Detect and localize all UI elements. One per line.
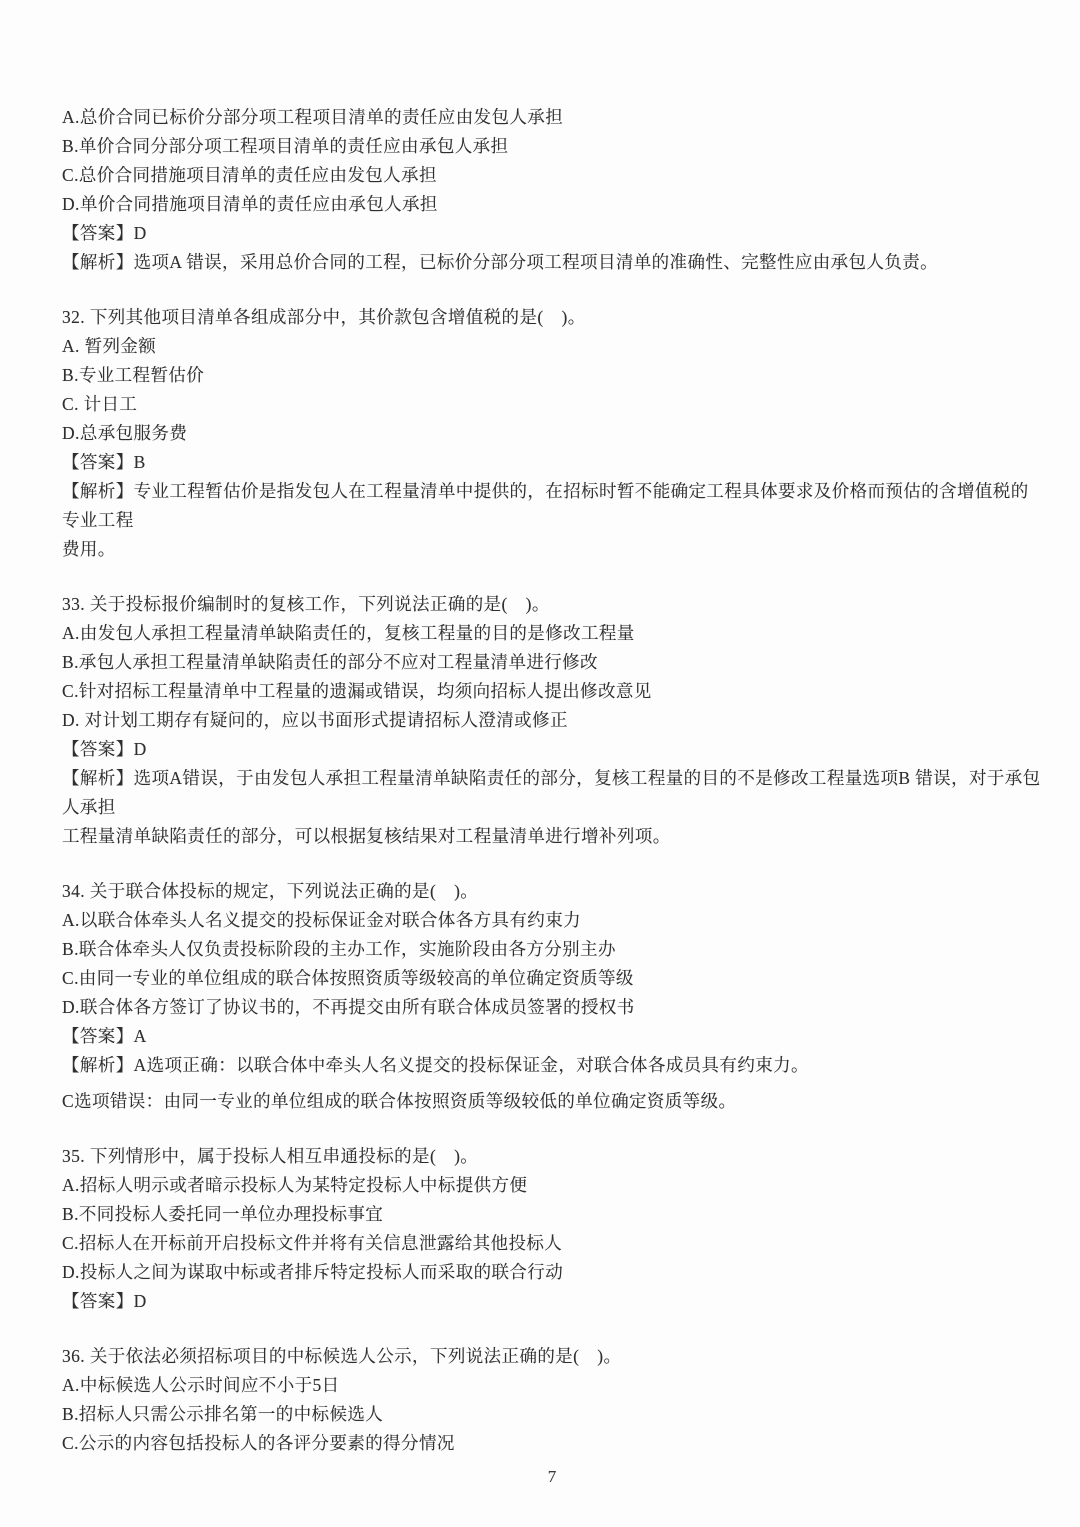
q35-option-b: B.不同投标人委托同一单位办理投标事宜 (62, 1200, 1042, 1229)
q33-option-c: C.针对招标工程量清单中工程量的遗漏或错误，均须向招标人提出修改意见 (62, 677, 1042, 706)
q36-stem: 36. 关于依法必须招标项目的中标候选人公示，下列说法正确的是( )。 (62, 1342, 1042, 1371)
q33-stem: 33. 关于投标报价编制时的复核工作，下列说法正确的是( )。 (62, 590, 1042, 619)
q32-stem: 32. 下列其他项目清单各组成部分中，其价款包含增值税的是( )。 (62, 303, 1042, 332)
page-number: 7 (548, 1466, 557, 1488)
q32-option-d: D.总承包服务费 (62, 419, 1042, 448)
question-35-block: 35. 下列情形中，属于投标人相互串通投标的是( )。 A.招标人明示或者暗示投… (62, 1142, 1042, 1316)
q35-answer: 【答案】D (62, 1287, 1042, 1316)
q31-option-d: D.单价合同措施项目清单的责任应由承包人承担 (62, 190, 1042, 219)
q35-stem: 35. 下列情形中，属于投标人相互串通投标的是( )。 (62, 1142, 1042, 1171)
q32-option-a: A. 暂列金额 (62, 332, 1042, 361)
q33-analysis-line-2: 工程量清单缺陷责任的部分，可以根据复核结果对工程量清单进行增补列项。 (62, 822, 1042, 851)
q33-answer: 【答案】D (62, 735, 1042, 764)
q34-stem: 34. 关于联合体投标的规定，下列说法正确的是( )。 (62, 877, 1042, 906)
q31-analysis: 【解析】选项A 错误，采用总价合同的工程，已标价分部分项工程项目清单的准确性、完… (62, 248, 1042, 277)
exam-document-page: A.总价合同已标价分部分项工程项目清单的责任应由发包人承担 B.单价合同分部分项… (0, 0, 1080, 1527)
q31-option-b: B.单价合同分部分项工程项目清单的责任应由承包人承担 (62, 132, 1042, 161)
page-content: A.总价合同已标价分部分项工程项目清单的责任应由发包人承担 B.单价合同分部分项… (0, 0, 1080, 1488)
q32-option-b: B.专业工程暂估价 (62, 361, 1042, 390)
q34-analysis-option-a: 【解析】A选项正确：以联合体中牵头人名义提交的投标保证金，对联合体各成员具有约束… (62, 1051, 1042, 1080)
q33-option-a: A.由发包人承担工程量清单缺陷责任的，复核工程量的目的是修改工程量 (62, 619, 1042, 648)
question-36-block: 36. 关于依法必须招标项目的中标候选人公示，下列说法正确的是( )。 A.中标… (62, 1342, 1042, 1458)
q31-option-c: C.总价合同措施项目清单的责任应由发包人承担 (62, 161, 1042, 190)
q35-option-c: C.招标人在开标前开启投标文件并将有关信息泄露给其他投标人 (62, 1229, 1042, 1258)
q34-option-b: B.联合体牵头人仅负责投标阶段的主办工作，实施阶段由各方分别主办 (62, 935, 1042, 964)
q35-option-a: A.招标人明示或者暗示投标人为某特定投标人中标提供方便 (62, 1171, 1042, 1200)
q34-option-c: C.由同一专业的单位组成的联合体按照资质等级较高的单位确定资质等级 (62, 964, 1042, 993)
question-34-block: 34. 关于联合体投标的规定，下列说法正确的是( )。 A.以联合体牵头人名义提… (62, 877, 1042, 1116)
q32-answer: 【答案】B (62, 448, 1042, 477)
q34-analysis-option-c: C选项错误：由同一专业的单位组成的联合体按照资质等级较低的单位确定资质等级。 (62, 1087, 1042, 1116)
q31-option-a: A.总价合同已标价分部分项工程项目清单的责任应由发包人承担 (62, 103, 1042, 132)
q31-answer: 【答案】D (62, 219, 1042, 248)
q33-option-b: B.承包人承担工程量清单缺陷责任的部分不应对工程量清单进行修改 (62, 648, 1042, 677)
q36-option-c: C.公示的内容包括投标人的各评分要素的得分情况 (62, 1429, 1042, 1458)
q34-option-d: D.联合体各方签订了协议书的，不再提交由所有联合体成员签署的授权书 (62, 993, 1042, 1022)
q33-option-d: D. 对计划工期存有疑问的，应以书面形式提请招标人澄清或修正 (62, 706, 1042, 735)
q32-analysis-line-1: 【解析】专业工程暂估价是指发包人在工程量清单中提供的，在招标时暂不能确定工程具体… (62, 477, 1042, 535)
q36-option-b: B.招标人只需公示排名第一的中标候选人 (62, 1400, 1042, 1429)
q35-option-d: D.投标人之间为谋取中标或者排斥特定投标人而采取的联合行动 (62, 1258, 1042, 1287)
question-31-tail-block: A.总价合同已标价分部分项工程项目清单的责任应由发包人承担 B.单价合同分部分项… (62, 103, 1042, 277)
q34-answer: 【答案】A (62, 1022, 1042, 1051)
question-32-block: 32. 下列其他项目清单各组成部分中，其价款包含增值税的是( )。 A. 暂列金… (62, 303, 1042, 564)
question-33-block: 33. 关于投标报价编制时的复核工作，下列说法正确的是( )。 A.由发包人承担… (62, 590, 1042, 851)
q36-option-a: A.中标候选人公示时间应不小于5日 (62, 1371, 1042, 1400)
q34-option-a: A.以联合体牵头人名义提交的投标保证金对联合体各方具有约束力 (62, 906, 1042, 935)
q33-analysis-line-1: 【解析】选项A错误，于由发包人承担工程量清单缺陷责任的部分，复核工程量的目的不是… (62, 764, 1042, 822)
q32-option-c: C. 计日工 (62, 390, 1042, 419)
page-footer: 7 (62, 1466, 1042, 1488)
q32-analysis-line-2: 费用。 (62, 535, 1042, 564)
